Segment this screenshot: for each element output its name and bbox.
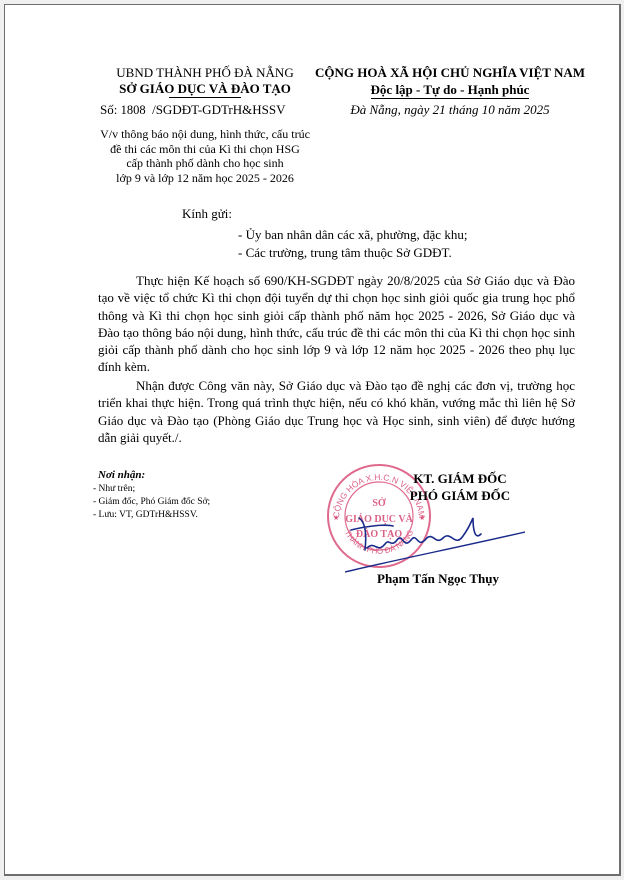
nation-name: CỘNG HOÀ XÃ HỘI CHỦ NGHĨA VIỆT NAM <box>315 65 585 81</box>
document-page: UBND THÀNH PHỐ ĐÀ NẴNG SỞ GIÁO DỤC VÀ ĐÀ… <box>4 4 621 876</box>
signature-title-line: KT. GIÁM ĐỐC <box>365 470 555 487</box>
distribution-item: - Như trên; <box>93 483 210 496</box>
subject-line: lớp 9 và lớp 12 năm học 2025 - 2026 <box>85 171 325 186</box>
place-date-line: Đà Nẵng, ngày 21 tháng 10 năm 2025 <box>315 101 585 119</box>
signature-title-block: KT. GIÁM ĐỐC PHÓ GIÁM ĐỐC <box>365 470 555 504</box>
authority-name: UBND THÀNH PHỐ ĐÀ NẴNG <box>85 65 325 81</box>
recipient-item: - Ủy ban nhân dân các xã, phường, đặc kh… <box>238 227 467 243</box>
distribution-list: - Như trên; - Giám đốc, Phó Giám đốc Sở;… <box>93 483 210 522</box>
national-motto: Độc lập - Tự do - Hạnh phúc <box>371 82 530 99</box>
svg-text:★: ★ <box>333 514 339 522</box>
department-underline <box>169 97 241 98</box>
doc-number-label: Số: <box>100 102 117 117</box>
doc-code: /SGDĐT-GDTrH&HSSV <box>152 102 285 117</box>
distribution-item: - Lưu: VT, GDTrH&HSSV. <box>93 509 210 522</box>
department-name: SỞ GIÁO DỤC VÀ ĐÀO TẠO <box>85 81 325 97</box>
recipients-label: Kính gửi: <box>182 206 232 222</box>
signature-title-line: PHÓ GIÁM ĐỐC <box>365 487 555 504</box>
distribution-item: - Giám đốc, Phó Giám đốc Sở; <box>93 496 210 509</box>
handwritten-signature-icon <box>345 510 525 580</box>
signer-name: Phạm Tấn Ngọc Thụy <box>377 571 499 587</box>
subject-line: cấp thành phố dành cho học sinh <box>85 156 325 171</box>
subject-line: đề thi các môn thi của Kì thi chọn HSG <box>85 142 325 157</box>
document-number: Số: 1808 /SGDĐT-GDTrH&HSSV <box>100 102 286 118</box>
document-subject: V/v thông báo nội dung, hình thức, cấu t… <box>85 127 325 185</box>
doc-number-value: 1808 <box>121 103 146 117</box>
issuing-authority-block: UBND THÀNH PHỐ ĐÀ NẴNG SỞ GIÁO DỤC VÀ ĐÀ… <box>85 65 325 98</box>
subject-line: V/v thông báo nội dung, hình thức, cấu t… <box>85 127 325 142</box>
body-paragraph: Nhận được Công văn này, Sở Giáo dục và Đ… <box>98 377 575 446</box>
distribution-label: Nơi nhận: <box>98 469 145 481</box>
recipient-item: - Các trường, trung tâm thuộc Sở GDĐT. <box>238 245 452 261</box>
body-paragraph: Thực hiện Kế hoạch số 690/KH-SGDĐT ngày … <box>98 272 575 376</box>
national-header-block: CỘNG HOÀ XÃ HỘI CHỦ NGHĨA VIỆT NAM Độc l… <box>315 65 585 119</box>
